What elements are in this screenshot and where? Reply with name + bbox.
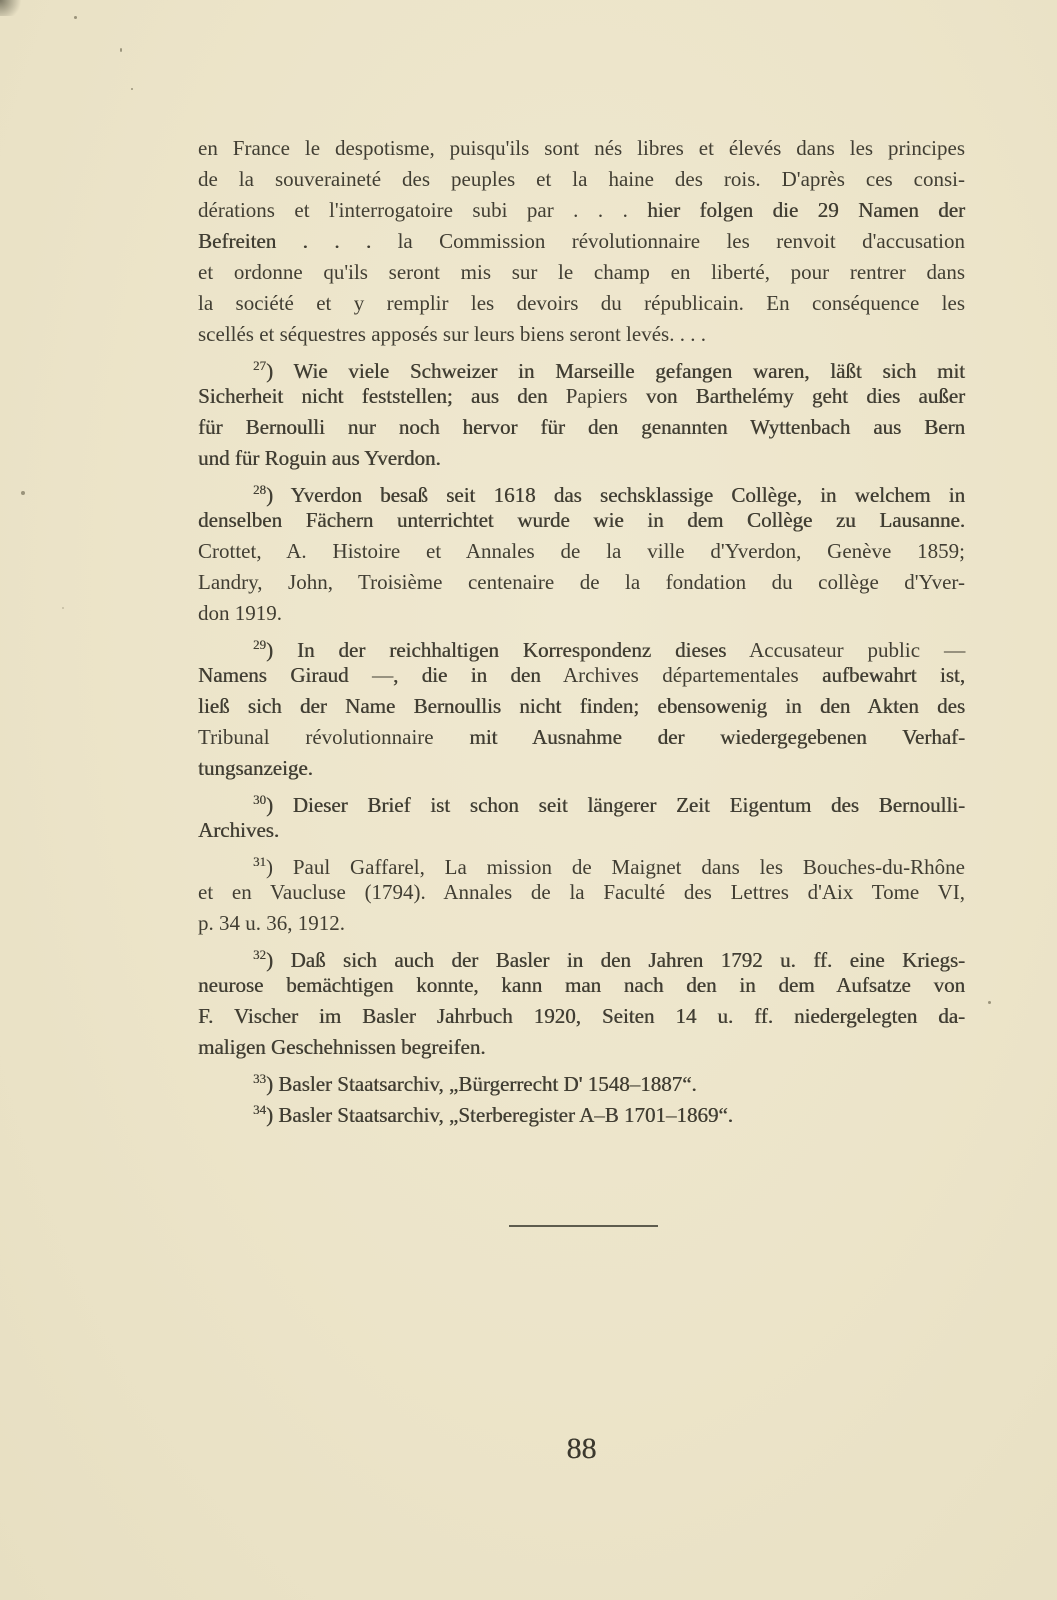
text-segment: scellés et séquestres apposés sur leurs …: [198, 322, 706, 346]
text-line: don 1919.: [198, 598, 965, 629]
text-line: maligen Geschehnissen begreifen.: [198, 1032, 965, 1063]
footnote-number: 31: [253, 854, 266, 869]
footnote-number: 32: [253, 947, 266, 962]
scan-speck: [988, 1001, 991, 1004]
text-segment: F. Vischer im Basler Jahrbuch 1920, Seit…: [198, 1004, 965, 1028]
footnote-number: 29: [253, 637, 266, 652]
text-segment: ) In der reichhaltigen Korrespondenz die…: [266, 638, 749, 662]
text-segment: Befreiten . . .: [198, 229, 398, 253]
text-line: 31) Paul Gaffarel, La mission de Maignet…: [198, 846, 965, 877]
text-line: 30) Dieser Brief ist schon seit längerer…: [198, 784, 965, 815]
text-line: scellés et séquestres apposés sur leurs …: [198, 319, 965, 350]
text-segment: für Bernoulli nur noch hervor für den ge…: [198, 415, 965, 439]
text-segment: ) Daß sich auch der Basler in den Jahren…: [266, 948, 965, 972]
text-segment: ) Dieser Brief ist schon seit längerer Z…: [266, 793, 965, 817]
text-line: tungsanzeige.: [198, 753, 965, 784]
text-line: Befreiten . . . la Commission révolution…: [198, 226, 965, 257]
text-segment: Landry, John, Troisième centenaire de la…: [198, 570, 965, 594]
text-segment: et ordonne qu'ils seront mis sur le cham…: [198, 260, 965, 284]
text-line: Tribunal révolutionnaire mit Ausnahme de…: [198, 722, 965, 753]
text-line: ließ sich der Name Bernoullis nicht find…: [198, 691, 965, 722]
scan-speck: [131, 88, 133, 90]
text-segment: don 1919.: [198, 601, 282, 625]
text-line: denselben Fächern unterrichtet wurde wie…: [198, 505, 965, 536]
text-segment: Papiers: [566, 384, 628, 408]
text-segment: mit Ausnahme der wiedergegebenen Verhaf-: [434, 725, 965, 749]
footnote-number: 28: [253, 482, 266, 497]
footnote-34: 34) Basler Staatsarchiv, „Sterberegister…: [198, 1094, 965, 1125]
text-segment: aufbewahrt ist,: [799, 663, 965, 687]
text-segment: tungsanzeige.: [198, 756, 313, 780]
text-segment: —: [920, 638, 965, 662]
footnote-27: 27) Wie viele Schweizer in Marseille gef…: [198, 350, 965, 474]
text-segment: Accusateur public: [749, 638, 920, 662]
text-line: Sicherheit nicht feststellen; aus den Pa…: [198, 381, 965, 412]
text-segment: ) Paul Gaffarel, La mission de Maignet d…: [266, 855, 965, 879]
section-divider: [509, 1225, 658, 1227]
text-segment: Namens Giraud —, die in den: [198, 663, 563, 687]
text-segment: la Commission révolutionnaire les renvoi…: [398, 229, 965, 253]
text-segment: ) Basler Staatsarchiv, „Sterberegister A…: [266, 1103, 733, 1127]
text-line: Namens Giraud —, die in den Archives dép…: [198, 660, 965, 691]
footnote-number: 30: [253, 792, 266, 807]
text-line: et ordonne qu'ils seront mis sur le cham…: [198, 257, 965, 288]
text-line: Landry, John, Troisième centenaire de la…: [198, 567, 965, 598]
text-line: de la souveraineté des peuples et la hai…: [198, 164, 965, 195]
text-segment: und für Roguin aus Yverdon.: [198, 446, 441, 470]
text-segment: Sicherheit nicht feststellen; aus den: [198, 384, 566, 408]
footnote-29: 29) In der reichhaltigen Korrespondenz d…: [198, 629, 965, 784]
text-segment: ) Wie viele Schweizer in Marseille gefan…: [266, 359, 965, 383]
scan-corner-shadow: [0, 0, 26, 16]
text-line: en France le despotisme, puisqu'ils sont…: [198, 133, 965, 164]
scan-speck: [62, 607, 64, 609]
page-number: 88: [198, 1432, 965, 1466]
text-line: 33) Basler Staatsarchiv, „Bürgerrecht D'…: [198, 1063, 965, 1094]
paragraph-continuation: en France le despotisme, puisqu'ils sont…: [198, 133, 965, 350]
text-line: 32) Daß sich auch der Basler in den Jahr…: [198, 939, 965, 970]
text-line: la société et y remplir les devoirs du r…: [198, 288, 965, 319]
text-block: en France le despotisme, puisqu'ils sont…: [198, 133, 965, 1125]
footnote-28: 28) Yverdon besaß seit 1618 das sechskla…: [198, 474, 965, 629]
text-line: 27) Wie viele Schweizer in Marseille gef…: [198, 350, 965, 381]
footnote-number: 33: [253, 1071, 266, 1086]
text-segment: Archives.: [198, 818, 279, 842]
text-line: F. Vischer im Basler Jahrbuch 1920, Seit…: [198, 1001, 965, 1032]
footnote-30: 30) Dieser Brief ist schon seit längerer…: [198, 784, 965, 846]
text-segment: et en Vaucluse (1794). Annales de la Fac…: [198, 880, 965, 904]
text-segment: la société et y remplir les devoirs du r…: [198, 291, 965, 315]
scan-speck: [74, 16, 77, 19]
text-line: dérations et l'interrogatoire subi par .…: [198, 195, 965, 226]
text-segment: Tribunal révolutionnaire: [198, 725, 434, 749]
text-line: für Bernoulli nur noch hervor für den ge…: [198, 412, 965, 443]
footnote-32: 32) Daß sich auch der Basler in den Jahr…: [198, 939, 965, 1063]
text-segment: dérations et l'interrogatoire subi par .…: [198, 198, 647, 222]
text-line: et en Vaucluse (1794). Annales de la Fac…: [198, 877, 965, 908]
text-line: neurose bemächtigen konnte, kann man nac…: [198, 970, 965, 1001]
footnote-number: 27: [253, 358, 266, 373]
text-line: und für Roguin aus Yverdon.: [198, 443, 965, 474]
book-page-scan: en France le despotisme, puisqu'ils sont…: [0, 0, 1057, 1600]
text-line: p. 34 u. 36, 1912.: [198, 908, 965, 939]
text-line: Crottet, A. Histoire et Annales de la vi…: [198, 536, 965, 567]
text-line: 34) Basler Staatsarchiv, „Sterberegister…: [198, 1094, 965, 1125]
text-segment: ) Yverdon besaß seit 1618 das sechsklass…: [266, 483, 965, 507]
text-segment: von Barthelémy geht dies außer: [628, 384, 965, 408]
scan-speck: [21, 491, 25, 495]
text-segment: ) Basler Staatsarchiv, „Bürgerrecht D' 1…: [266, 1072, 697, 1096]
footnote-number: 34: [253, 1102, 266, 1117]
footnote-33: 33) Basler Staatsarchiv, „Bürgerrecht D'…: [198, 1063, 965, 1094]
text-segment: denselben Fächern unterrichtet wurde wie…: [198, 508, 965, 532]
text-segment: Archives départementales: [563, 663, 799, 687]
text-segment: hier folgen die 29 Namen der: [647, 198, 965, 222]
text-line: 28) Yverdon besaß seit 1618 das sechskla…: [198, 474, 965, 505]
text-segment: p. 34 u. 36, 1912.: [198, 911, 345, 935]
scan-speck: [120, 48, 122, 52]
text-segment: de la souveraineté des peuples et la hai…: [198, 167, 965, 191]
text-segment: neurose bemächtigen konnte, kann man nac…: [198, 973, 965, 997]
footnote-31: 31) Paul Gaffarel, La mission de Maignet…: [198, 846, 965, 939]
text-segment: en France le despotisme, puisqu'ils sont…: [198, 136, 965, 160]
text-line: Archives.: [198, 815, 965, 846]
text-segment: ließ sich der Name Bernoullis nicht find…: [198, 694, 965, 718]
text-line: 29) In der reichhaltigen Korrespondenz d…: [198, 629, 965, 660]
text-segment: Crottet, A. Histoire et Annales de la vi…: [198, 539, 965, 563]
text-segment: maligen Geschehnissen begreifen.: [198, 1035, 485, 1059]
